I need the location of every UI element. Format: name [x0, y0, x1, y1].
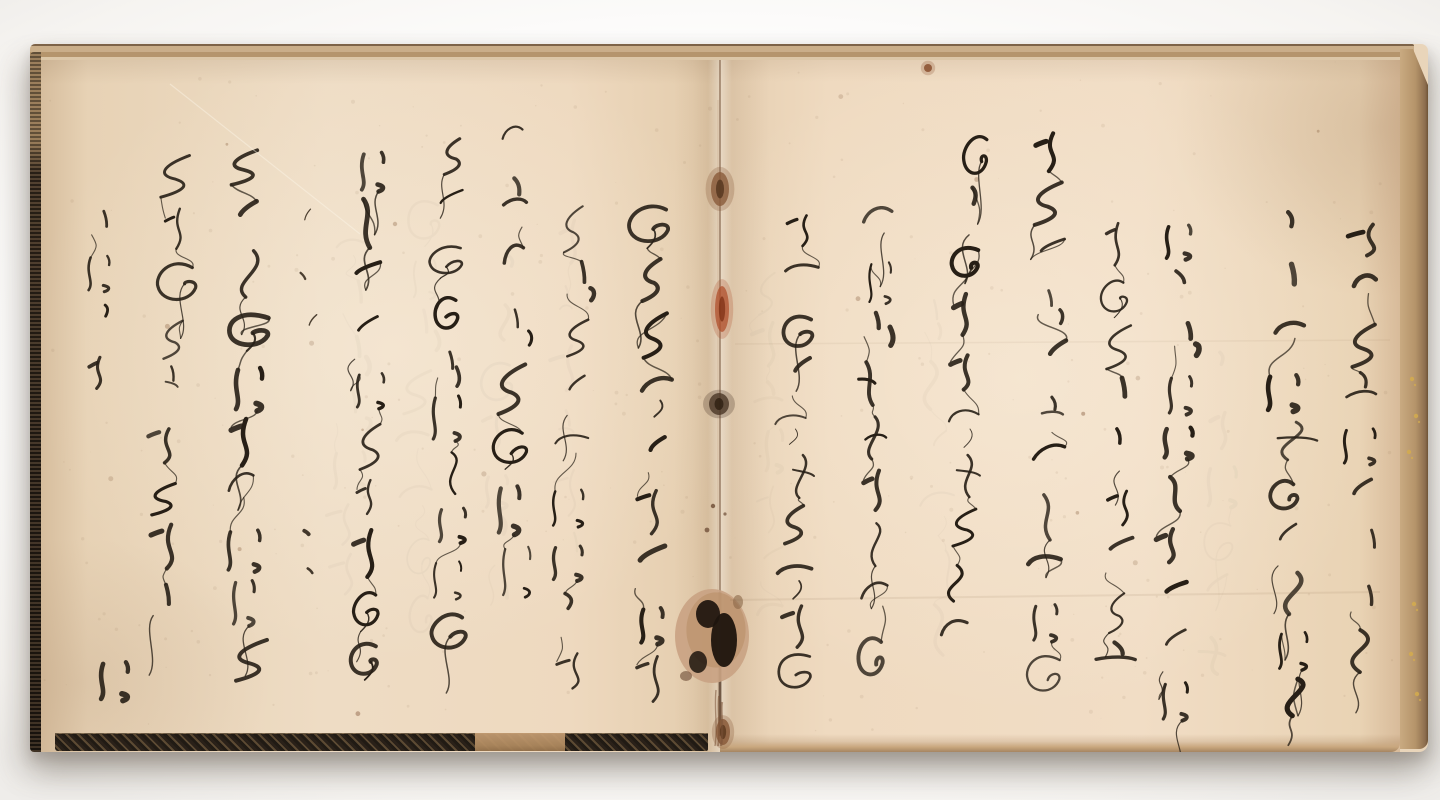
paper-speckles-left [44, 62, 712, 725]
calligraphy-layer [30, 44, 1428, 752]
calligraphy-left-page [89, 127, 674, 702]
photo-stage: Photograph of an open antique Japanese m… [0, 0, 1440, 800]
calligraphy-right-page [774, 133, 1393, 752]
show-through-ghosts [327, 201, 1237, 674]
manuscript-book: Photograph of an open antique Japanese m… [30, 44, 1428, 752]
paper-speckles-right [729, 62, 1395, 732]
gutter-stains [675, 60, 749, 749]
